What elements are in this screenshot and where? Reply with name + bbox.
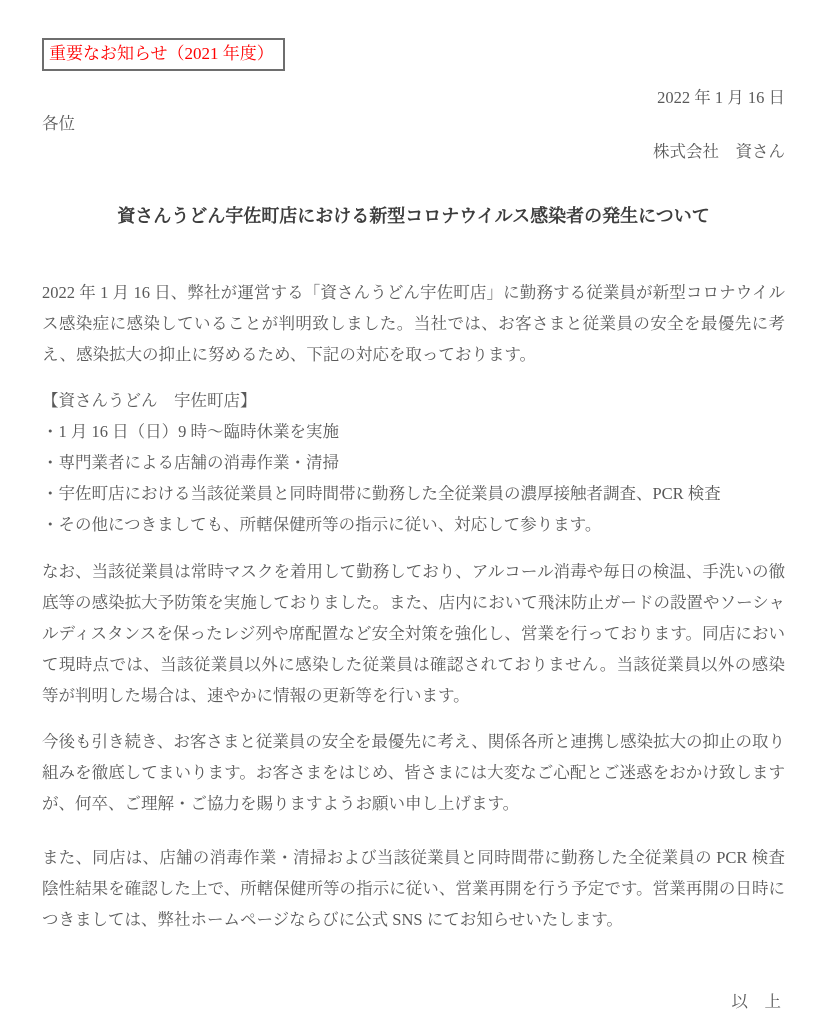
measures-section: 【資さんうどん 宇佐町店】 ・1 月 16 日（日）9 時～臨時休業を実施 ・専… xyxy=(42,385,785,540)
notice-document: 重要なお知らせ（2021 年度） 2022 年 1 月 16 日 各位 株式会社… xyxy=(0,0,828,1024)
paragraph-apology: 今後も引き続き、お客さまと従業員の安全を最優先に考え、関係各所と連携し感染拡大の… xyxy=(42,726,785,819)
important-notice-label: 重要なお知らせ（2021 年度） xyxy=(49,44,274,63)
company-name: 株式会社 資さん xyxy=(42,142,785,162)
measure-item-disinfection: ・専門業者による店舗の消毒作業・清掃 xyxy=(42,447,785,478)
measure-item-health-authority: ・その他につきましても、所轄保健所等の指示に従い、対応して参ります。 xyxy=(42,509,785,540)
closing-ijou: 以 上 xyxy=(42,991,785,1013)
important-notice-badge: 重要なお知らせ（2021 年度） xyxy=(42,38,285,71)
document-title: 資さんうどん宇佐町店における新型コロナウイルス感染者の発生について xyxy=(42,204,785,228)
document-date: 2022 年 1 月 16 日 xyxy=(42,88,785,108)
measure-item-pcr-testing: ・宇佐町店における当該従業員と同時間帯に勤務した全従業員の濃厚接触者調査、PCR… xyxy=(42,478,785,509)
store-section-heading: 【資さんうどん 宇佐町店】 xyxy=(42,385,785,416)
paragraph-prevention-measures: なお、当該従業員は常時マスクを着用して勤務しており、アルコール消毒や毎日の検温、… xyxy=(42,556,785,711)
paragraph-intro: 2022 年 1 月 16 日、弊社が運営する「資さんうどん宇佐町店」に勤務する… xyxy=(42,277,785,370)
paragraph-reopening-plan: また、同店は、店舗の消毒作業・清掃および当該従業員と同時間帯に勤務した全従業員の… xyxy=(42,842,785,935)
addressee-line: 各位 xyxy=(42,114,785,134)
measure-item-closure: ・1 月 16 日（日）9 時～臨時休業を実施 xyxy=(42,416,785,447)
